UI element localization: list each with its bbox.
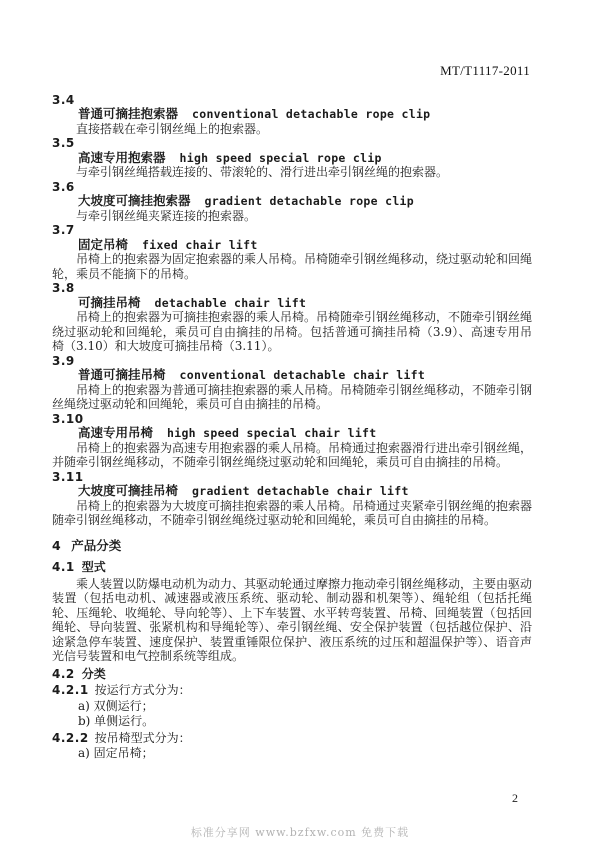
clause-number: 3.9	[52, 354, 532, 369]
section-number: 4.2.1	[52, 683, 89, 697]
term-line: 普通可摘挂吊椅conventional detachable chair lif…	[52, 368, 532, 383]
term-line: 大坡度可摘挂抱索器gradient detachable rope clip	[52, 194, 532, 209]
term-section-3-11: 3.11 大坡度可摘挂吊椅gradient detachable chair l…	[52, 470, 532, 528]
term-chinese: 普通可摘挂抱索器	[78, 106, 178, 121]
section-title: 分类	[82, 667, 106, 681]
section-4-1-heading: 4.1型式	[52, 560, 532, 575]
term-line: 大坡度可摘挂吊椅gradient detachable chair lift	[52, 484, 532, 499]
document-page: MT/T1117-2011 3.4 普通可摘挂抱索器conventional d…	[0, 0, 600, 848]
term-section-3-7: 3.7 固定吊椅fixed chair lift 吊椅上的抱索器为固定抱索器的乘…	[52, 223, 532, 281]
term-definition: 吊椅上的抱索器为大坡度可摘挂抱索器的乘人吊椅。吊椅通过夹紧牵引钢丝绳的抱索器随牵…	[52, 499, 532, 528]
term-section-3-9: 3.9 普通可摘挂吊椅conventional detachable chair…	[52, 354, 532, 412]
section-4-2-2-line: 4.2.2按吊椅型式分为：	[52, 731, 532, 746]
section-4-2-heading: 4.2分类	[52, 667, 532, 682]
list-item-b: b) 单侧运行。	[52, 714, 532, 729]
clause-number: 3.11	[52, 470, 532, 485]
term-english: detachable chair lift	[155, 296, 307, 310]
term-line: 高速专用吊椅high speed special chair lift	[52, 426, 532, 441]
page-number: 2	[512, 791, 518, 806]
section-4-1-body: 乘人装置以防爆电动机为动力、其驱动轮通过摩擦力拖动牵引钢丝绳移动，主要由驱动装置…	[52, 577, 532, 664]
section-title: 型式	[82, 560, 106, 574]
list-item-a: a) 固定吊椅；	[52, 746, 532, 761]
term-line: 可摘挂吊椅detachable chair lift	[52, 296, 532, 311]
term-definition: 吊椅上的抱索器为高速专用抱索器的乘人吊椅。吊椅通过抱索器滑行进出牵引钢丝绳，并随…	[52, 441, 532, 470]
term-section-3-4: 3.4 普通可摘挂抱索器conventional detachable rope…	[52, 93, 532, 137]
term-english: conventional detachable rope clip	[192, 107, 430, 121]
term-section-3-8: 3.8 可摘挂吊椅detachable chair lift 吊椅上的抱索器为可…	[52, 281, 532, 354]
term-section-3-5: 3.5 高速专用抱索器high speed special rope clip …	[52, 136, 532, 180]
section-number: 4.1	[52, 560, 75, 574]
term-english: fixed chair lift	[142, 238, 258, 252]
term-english: conventional detachable chair lift	[180, 368, 426, 382]
section-number: 4.2.2	[52, 731, 89, 745]
term-chinese: 固定吊椅	[78, 237, 128, 252]
clause-text: 按运行方式分为：	[95, 683, 191, 697]
term-line: 普通可摘挂抱索器conventional detachable rope cli…	[52, 107, 532, 122]
clause-number: 3.8	[52, 281, 532, 296]
term-definition: 吊椅上的抱索器为普通可摘挂抱索器的乘人吊椅。吊椅随牵引钢丝绳移动，不随牵引钢丝绳…	[52, 383, 532, 412]
page-content: MT/T1117-2011 3.4 普通可摘挂抱索器conventional d…	[52, 64, 532, 761]
term-chinese: 普通可摘挂吊椅	[78, 367, 166, 382]
term-english: gradient detachable chair lift	[192, 484, 409, 498]
clause-number: 3.10	[52, 412, 532, 427]
term-english: gradient detachable rope clip	[205, 194, 414, 208]
section-4-2-1-line: 4.2.1按运行方式分为：	[52, 683, 532, 698]
term-definition: 与牵引钢丝绳夹紧连接的抱索器。	[52, 209, 532, 224]
section-number: 4	[52, 538, 61, 553]
term-section-3-10: 3.10 高速专用吊椅high speed special chair lift…	[52, 412, 532, 470]
term-line: 固定吊椅fixed chair lift	[52, 238, 532, 253]
term-chinese: 高速专用抱索器	[78, 150, 166, 165]
term-chinese: 高速专用吊椅	[78, 425, 153, 440]
term-line: 高速专用抱索器high speed special rope clip	[52, 151, 532, 166]
term-chinese: 大坡度可摘挂抱索器	[78, 193, 191, 208]
term-english: high speed special rope clip	[180, 151, 382, 165]
clause-text: 按吊椅型式分为：	[95, 731, 191, 745]
term-definition: 吊椅上的抱索器为固定抱索器的乘人吊椅。吊椅随牵引钢丝绳移动，绕过驱动轮和回绳轮，…	[52, 252, 532, 281]
term-definition: 与牵引钢丝绳搭载连接的、带滚轮的、滑行进出牵引钢丝绳的抱索器。	[52, 165, 532, 180]
term-section-3-6: 3.6 大坡度可摘挂抱索器gradient detachable rope cl…	[52, 180, 532, 224]
standard-reference-header: MT/T1117-2011	[52, 64, 532, 79]
section-title: 产品分类	[71, 538, 121, 553]
clause-number: 3.5	[52, 136, 532, 151]
clause-number: 3.4	[52, 93, 532, 108]
term-chinese: 可摘挂吊椅	[78, 295, 141, 310]
section-number: 4.2	[52, 667, 75, 681]
list-item-a: a) 双侧运行；	[52, 699, 532, 714]
clause-number: 3.7	[52, 223, 532, 238]
section-4-heading: 4产品分类	[52, 539, 532, 554]
term-definition: 直接搭载在牵引钢丝绳上的抱索器。	[52, 122, 532, 137]
term-english: high speed special chair lift	[167, 426, 376, 440]
watermark-text: 标准分享网 www.bzfxw.com 免费下载	[0, 824, 600, 840]
term-chinese: 大坡度可摘挂吊椅	[78, 483, 178, 498]
clause-number: 3.6	[52, 180, 532, 195]
term-definition: 吊椅上的抱索器为可摘挂抱索器的乘人吊椅。吊椅随牵引钢丝绳移动，不随牵引钢丝绳绕过…	[52, 310, 532, 354]
